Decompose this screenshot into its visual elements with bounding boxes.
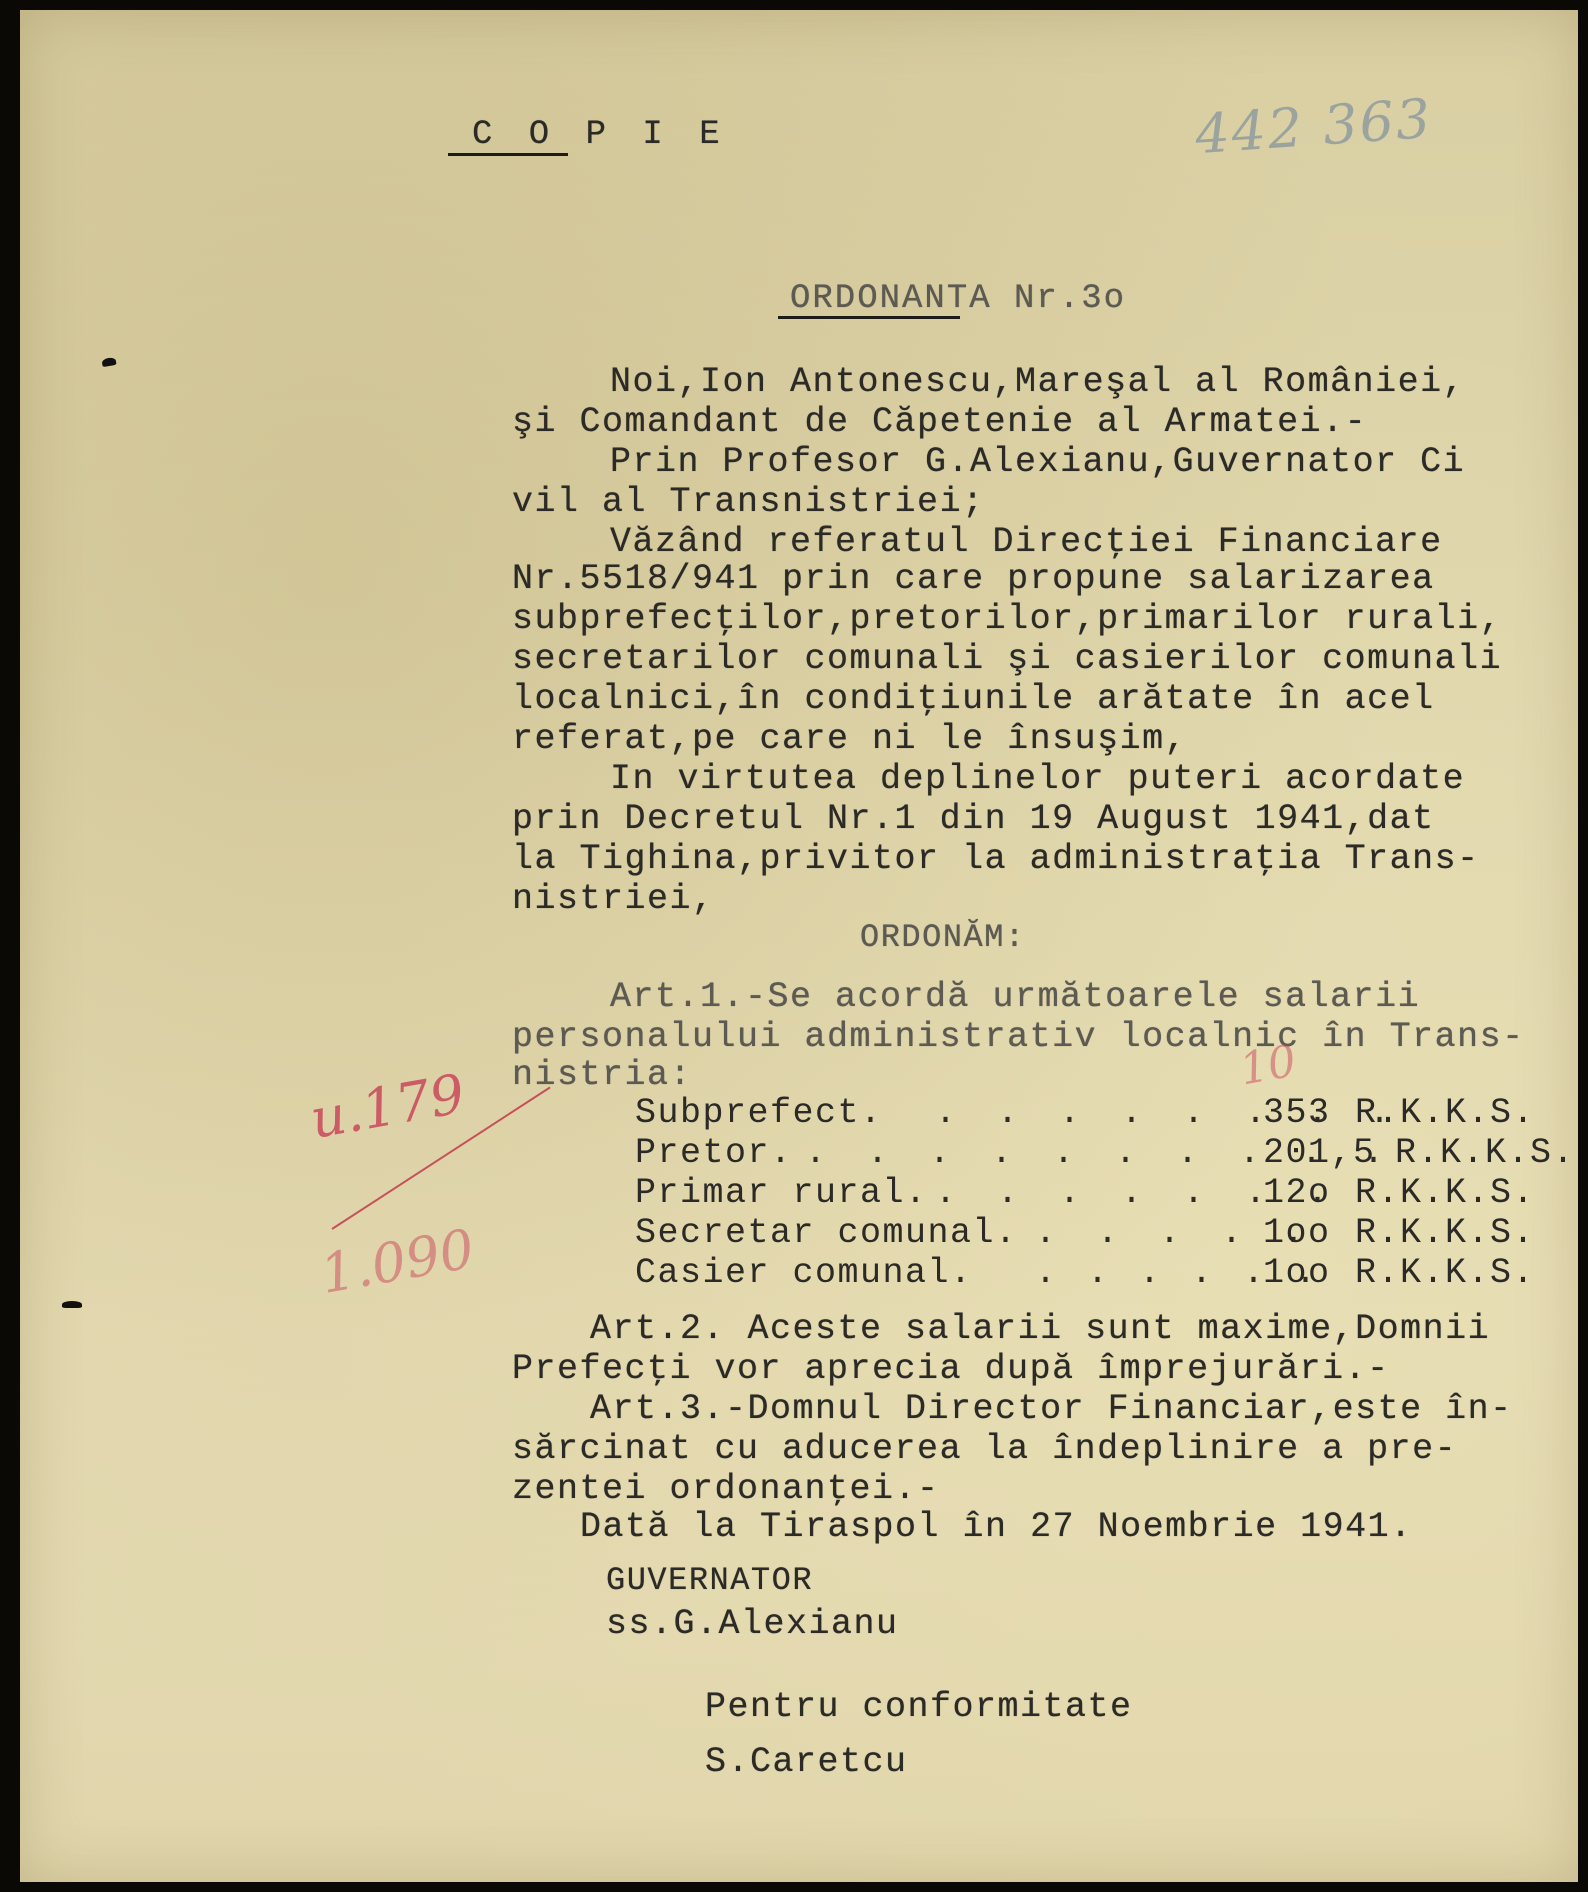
salary-amount: 353	[1263, 1096, 1331, 1131]
preamble-line-14: nistriei,	[512, 882, 715, 917]
salary-position: Primar rural.	[635, 1176, 928, 1211]
signature-title: GUVERNATOR	[606, 1565, 813, 1597]
salary-unit: R.K.K.S.	[1355, 1256, 1535, 1291]
salary-unit: R.K.K.S.	[1355, 1176, 1535, 1211]
salary-position: Pretor.	[635, 1136, 793, 1171]
preamble-line-2: şi Comandant de Căpetenie al Armatei.-	[512, 405, 1367, 440]
article-3-line-3: zentei ordonanţei.-	[512, 1472, 940, 1507]
document-page: C O P I E 442 363 ORDONANTA Nr.3o Noi,Io…	[20, 10, 1578, 1882]
certification-name: S.Caretcu	[705, 1745, 908, 1780]
salary-position: Casier comunal.	[635, 1256, 973, 1291]
copy-label: C O P I E	[472, 118, 728, 152]
preamble-line-3: Prin Profesor G.Alexianu,Guvernator Ci	[610, 445, 1465, 480]
salary-position: Subprefect.	[635, 1096, 883, 1131]
punch-hole-mark-bottom	[62, 1301, 82, 1308]
copy-label-underline	[448, 153, 568, 156]
salary-row-subprefect: Subprefect. . . . . . . . . 353 R.K.K.S.	[635, 1096, 1588, 1132]
document-title-underline	[778, 316, 960, 319]
salary-unit: R.K.K.S.	[1355, 1216, 1535, 1251]
salary-row-casier-comunal: Casier comunal. . . . . . . 1oo R.K.K.S.	[635, 1256, 1588, 1292]
article-2-line-2: Prefecţi vor aprecia după împrejurări.-	[512, 1352, 1390, 1387]
preamble-line-4: vil al Transnistriei;	[512, 485, 985, 520]
salary-amount: 1oo	[1263, 1216, 1331, 1251]
article-2-line-1: Art.2. Aceste salarii sunt maxime,Domnii	[590, 1312, 1490, 1347]
article-3-line-1: Art.3.-Domnul Director Financiar,este în…	[590, 1392, 1513, 1427]
preamble-line-6: Nr.5518/941 prin care propune salarizare…	[512, 562, 1435, 597]
preamble-line-13: la Tighina,privitor la administraţia Tra…	[512, 842, 1480, 877]
article-3-line-2: sărcinat cu aducerea la îndeplinire a pr…	[512, 1432, 1457, 1467]
preamble-line-11: In virtutea deplinelor puteri acordate	[610, 762, 1465, 797]
salary-unit: R.K.K.S.	[1395, 1136, 1575, 1171]
salary-unit: R.K.K.S.	[1355, 1096, 1535, 1131]
red-annotation-top: u.179	[306, 1062, 470, 1151]
salary-position: Secretar comunal.	[635, 1216, 1018, 1251]
article-1-line-3: nistria:	[512, 1058, 692, 1093]
date-line: Dată la Tiraspol în 27 Noembrie 1941.	[580, 1510, 1413, 1545]
salary-row-secretar-comunal: Secretar comunal. . . . . . 1oo R.K.K.S.	[635, 1216, 1588, 1252]
preamble-line-1: Noi,Ion Antonescu,Mareşal al României,	[610, 365, 1465, 400]
salary-amount: 1oo	[1263, 1256, 1331, 1291]
salary-row-primar-rural: Primar rural. . . . . . . . 12o R.K.K.S.	[635, 1176, 1588, 1212]
preamble-line-7: subprefecţilor,pretorilor,primarilor rur…	[512, 602, 1502, 637]
preamble-line-5: Văzând referatul Direcţiei Financiare	[610, 525, 1443, 560]
red-annotation-near-table: 10	[1236, 1036, 1300, 1096]
salary-amount: 201,5	[1263, 1136, 1376, 1171]
signature-name: ss.G.Alexianu	[606, 1607, 899, 1642]
red-annotation-bottom: 1.090	[316, 1217, 479, 1306]
article-1-line-2: personalului administrativ localnic în T…	[512, 1020, 1525, 1055]
archive-number-handwritten: 442 363	[1193, 87, 1434, 166]
preamble-line-10: referat,pe care ni le însuşim,	[512, 722, 1187, 757]
certification-label: Pentru conformitate	[705, 1690, 1133, 1725]
ordonam-heading: ORDONĂM:	[860, 922, 1026, 954]
punch-hole-mark-top	[101, 357, 116, 367]
document-title: ORDONANTA Nr.3o	[790, 282, 1126, 316]
preamble-line-8: secretarilor comunali şi casierilor comu…	[512, 642, 1502, 677]
article-1-line-1: Art.1.-Se acordă următoarele salarii	[610, 980, 1420, 1015]
salary-amount: 12o	[1263, 1176, 1331, 1211]
preamble-line-12: prin Decretul Nr.1 din 19 August 1941,da…	[512, 802, 1435, 837]
preamble-line-9: localnici,în condiţiunile arătate în ace…	[512, 682, 1435, 717]
salary-row-pretor: Pretor. . . . . . . . . . . 201,5 R.K.K.…	[635, 1136, 1588, 1172]
